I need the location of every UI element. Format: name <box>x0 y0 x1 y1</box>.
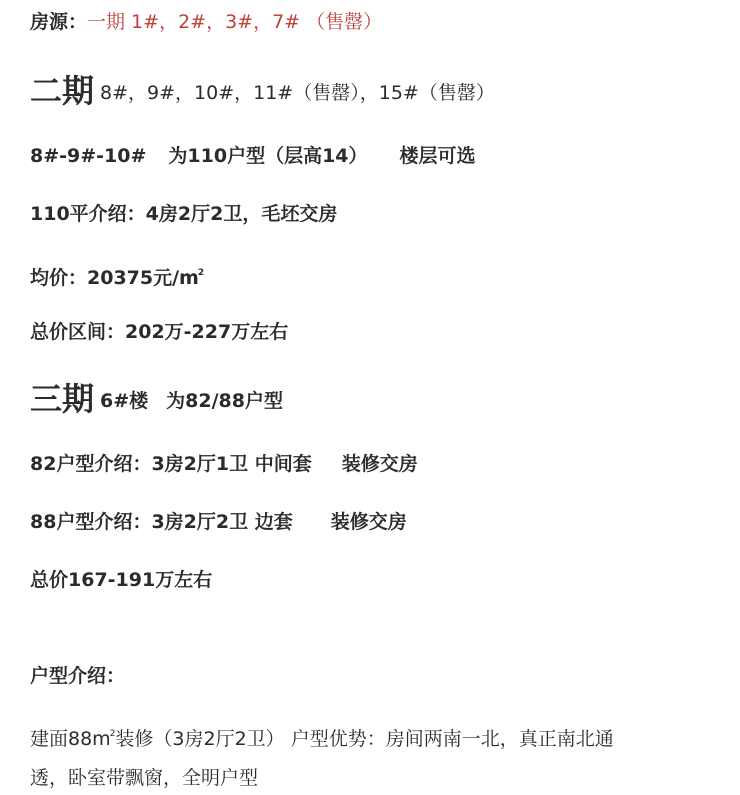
phase3-line-82: 82户型介绍：3房2厅1卫 中间套装修交房 <box>30 452 418 476</box>
phase2-line-1: 8#-9#-10#为110户型（层高14）楼层可选 <box>30 144 476 168</box>
phase2-title: 二期 <box>30 72 94 110</box>
phase2-heading: 二期8#，9#，10#，11#（售罄），15#（售罄） <box>30 72 495 110</box>
unit-82-delivery: 装修交房 <box>342 453 418 475</box>
sq-superscript: 2 <box>198 268 204 278</box>
layout-area: 建面88m <box>30 728 111 750</box>
source-label: 房源： <box>30 11 87 33</box>
phase2-avg-price: 均价：20375元/m2 <box>30 261 204 290</box>
layout-intro-heading: 户型介绍： <box>30 664 125 688</box>
layout-advantages: 装修（3房2厅2卫） 户型优势：房间两南一北，真正南北通 <box>115 728 613 750</box>
phase3-types: 为82/88户型 <box>166 390 283 412</box>
layout-intro-paragraph-1: 建面88m2装修（3房2厅2卫） 户型优势：房间两南一北，真正南北通 <box>30 722 614 751</box>
avg-price-text: 均价：20375元/m <box>30 267 199 289</box>
phase2-line-2: 110平介绍：4房2厅2卫，毛坯交房 <box>30 202 337 226</box>
phase3-building: 6#楼 <box>100 390 148 412</box>
unit-88-intro: 88户型介绍：3房2厅2卫 边套 <box>30 511 293 533</box>
source-value: 一期 1#，2#，3#，7# （售罄） <box>87 11 382 33</box>
layout-intro-paragraph-2: 透，卧室带飘窗，全明户型 <box>30 766 258 790</box>
unit-88-delivery: 装修交房 <box>331 511 407 533</box>
phase2-unit-type: 为110户型（层高14） <box>168 145 367 167</box>
phase3-total-price: 总价167-191万左右 <box>30 568 212 592</box>
phase2-buildings: 8#，9#，10#，11#（售罄），15#（售罄） <box>100 82 495 104</box>
unit-82-intro: 82户型介绍：3房2厅1卫 中间套 <box>30 453 312 475</box>
phase2-building-range: 8#-9#-10# <box>30 145 146 167</box>
source-line: 房源：一期 1#，2#，3#，7# （售罄） <box>30 10 382 34</box>
phase3-line-88: 88户型介绍：3房2厅2卫 边套装修交房 <box>30 510 407 534</box>
phase3-heading: 三期6#楼为82/88户型 <box>30 380 283 418</box>
phase2-floor-note: 楼层可选 <box>400 145 476 167</box>
phase2-total-price: 总价区间：202万-227万左右 <box>30 320 288 344</box>
phase3-title: 三期 <box>30 380 94 418</box>
